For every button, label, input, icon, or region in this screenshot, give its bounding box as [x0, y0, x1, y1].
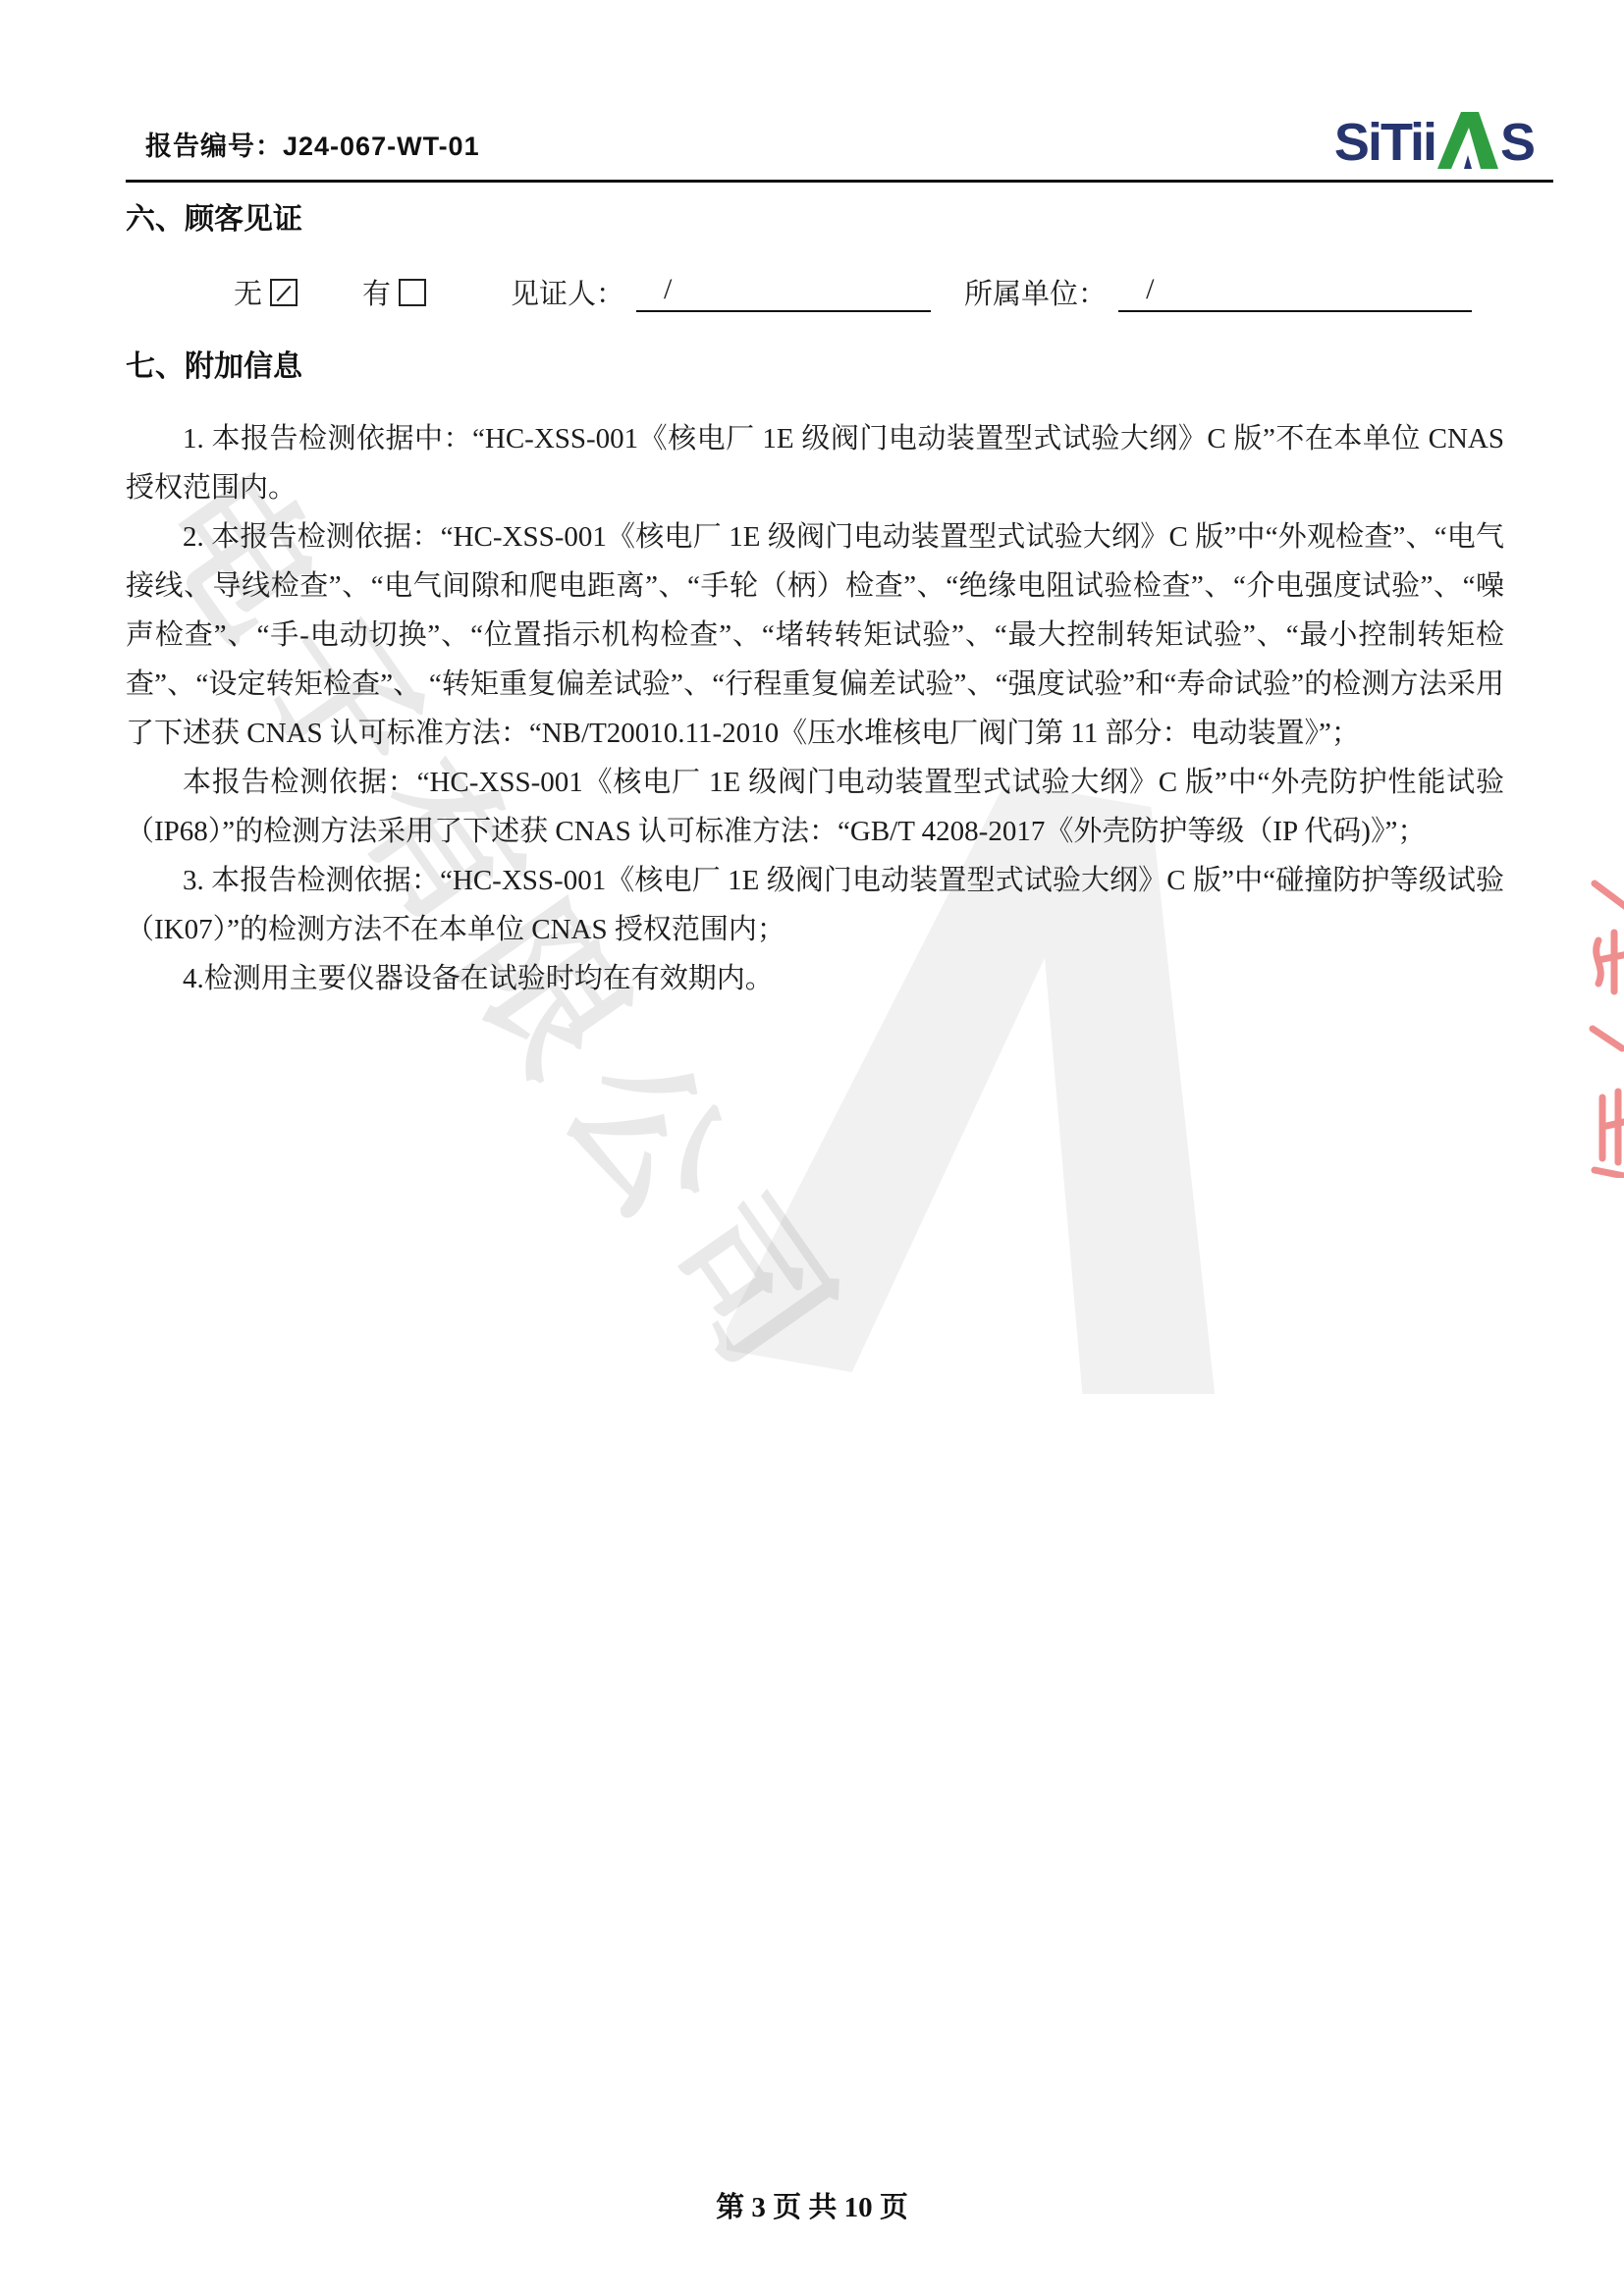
report-number: 报告编号：J24-067-WT-01 — [145, 125, 480, 163]
logo-text-right: S — [1500, 116, 1534, 169]
report-number-label: 报告编号： — [145, 132, 283, 161]
paragraph-1: 1. 本报告检测依据中：“HC-XSS-001《核电厂 1E 级阀门电动装置型式… — [126, 414, 1504, 512]
paragraph-2b: 本报告检测依据：“HC-XSS-001《核电厂 1E 级阀门电动装置型式试验大纲… — [126, 758, 1504, 856]
additional-info-paragraphs: 1. 本报告检测依据中：“HC-XSS-001《核电厂 1E 级阀门电动装置型式… — [126, 414, 1504, 1003]
option-none-label: 无 — [234, 272, 262, 312]
report-page: 电子有限公司 报告编号：J24-067-WT-01 SiTii S — [0, 0, 1624, 2296]
witness-label: 见证人： — [511, 272, 624, 312]
paragraph-3: 3. 本报告检测依据：“HC-XSS-001《核电厂 1E 级阀门电动装置型式试… — [126, 856, 1504, 954]
logo-a-icon — [1437, 112, 1498, 169]
section-title-additional-info: 七、附加信息 — [126, 346, 1504, 389]
main-content: 六、顾客见证 无 有 见证人： / 所属单位： / 七、附加信息 1. 本报告检… — [126, 198, 1504, 1003]
report-number-value: J24-067-WT-01 — [283, 132, 480, 161]
option-yes[interactable]: 有 — [362, 272, 426, 312]
header-divider — [126, 180, 1553, 183]
logo-text-left: SiTii — [1334, 116, 1435, 169]
option-none[interactable]: 无 — [234, 272, 298, 312]
page-footer: 第 3 页 共 10 页 — [0, 2185, 1624, 2225]
org-value-field[interactable]: / — [1118, 273, 1472, 312]
option-yes-label: 有 — [362, 272, 391, 312]
paragraph-2: 2. 本报告检测依据：“HC-XSS-001《核电厂 1E 级阀门电动装置型式试… — [126, 512, 1504, 758]
org-label: 所属单位： — [964, 272, 1107, 312]
checkbox-yes-unchecked-icon[interactable] — [399, 279, 426, 306]
page-header: 报告编号：J24-067-WT-01 SiTii S — [126, 79, 1553, 177]
section-title-customer-witness: 六、顾客见证 — [126, 198, 1504, 241]
paragraph-4: 4.检测用主要仪器设备在试验时均在有效期内。 — [126, 954, 1504, 1003]
witness-row: 无 有 见证人： / 所属单位： / — [234, 269, 1504, 312]
company-logo: SiTii S — [1334, 112, 1534, 169]
checkbox-none-checked-icon[interactable] — [270, 279, 298, 306]
witness-value-field[interactable]: / — [636, 273, 931, 312]
red-stamp-fragment — [1589, 864, 1624, 1178]
